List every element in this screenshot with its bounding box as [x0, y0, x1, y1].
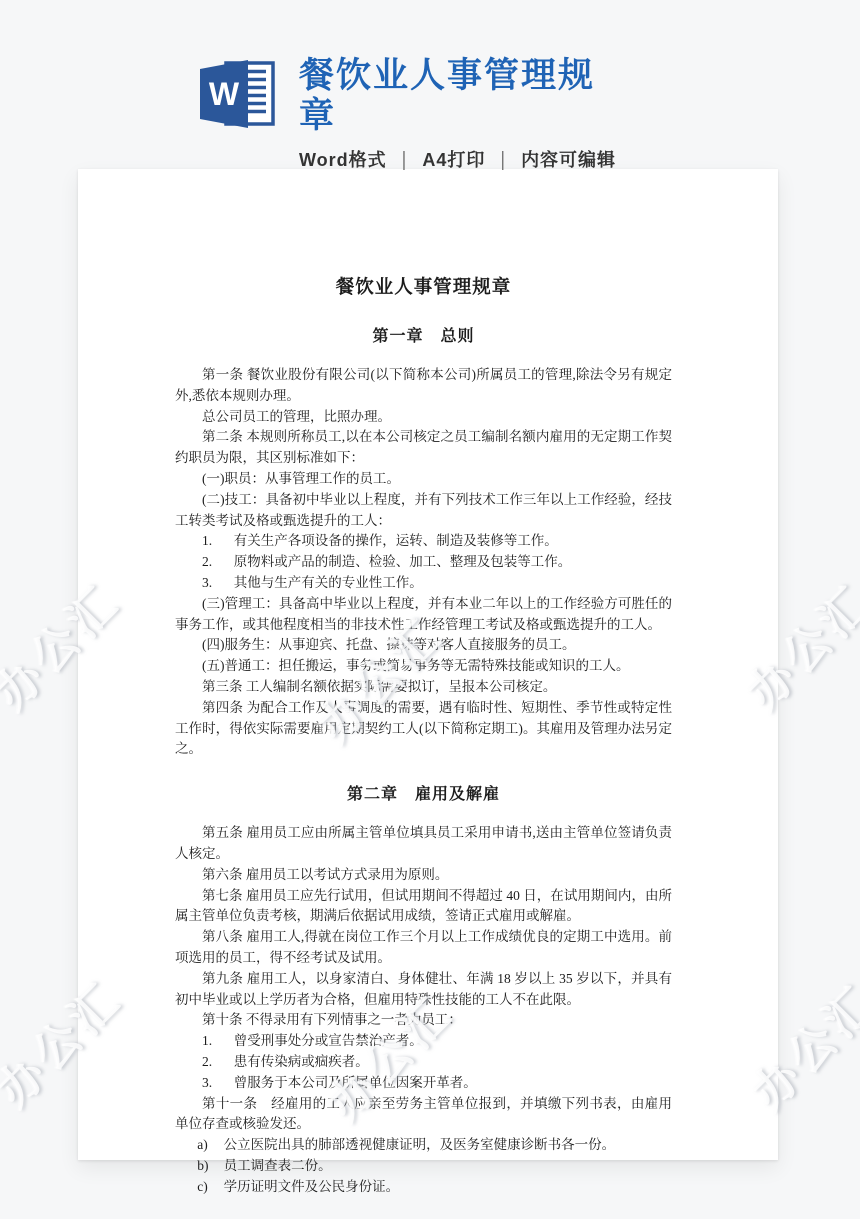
chapter-heading: 第二章 雇用及解雇 — [175, 781, 672, 804]
word-w-letter: W — [209, 76, 240, 112]
list-item-text: 患有传染病或痼疾者。 — [234, 1054, 369, 1069]
list-marker: 3. — [202, 1073, 234, 1094]
doc-paragraph: (一)职员：从事管理工作的员工。 — [175, 469, 672, 490]
document-page: 餐饮业人事管理规章 第一章 总则第一条 餐饮业股份有限公司(以下简称本公司)所属… — [78, 169, 778, 1160]
preview-header: W 餐饮业人事管理规章 Word格式 | A4打印 | 内容可编辑 — [193, 56, 623, 172]
list-item-text: 其他与生产有关的专业性工作。 — [234, 575, 423, 590]
document-content: 餐饮业人事管理规章 第一章 总则第一条 餐饮业股份有限公司(以下简称本公司)所属… — [175, 273, 672, 1197]
list-marker: 1. — [202, 1031, 234, 1052]
list-item-text: 公立医院出具的肺部透视健康证明，及医务室健康诊断书各一份。 — [224, 1137, 616, 1152]
doc-list-item: b)员工调查表二份。 — [175, 1156, 672, 1177]
list-marker: 2. — [202, 552, 234, 573]
doc-paragraph: 第十一条 经雇用的工人应亲至劳务主管单位报到，并填缴下列书表，由雇用单位存查或核… — [175, 1094, 672, 1136]
doc-list-item: 1.有关生产各项设备的操作，运转、制造及装修等工作。 — [175, 531, 672, 552]
list-item-text: 曾受刑事处分或宣告禁治产者。 — [234, 1033, 423, 1048]
doc-paragraph: 第四条 为配合工作及人事调度的需要，遇有临时性、短期性、季节性或特定性工作时，得… — [175, 698, 672, 760]
word-file-icon: W — [193, 56, 279, 132]
document-title: 餐饮业人事管理规章 — [175, 273, 672, 299]
list-item-text: 曾服务于本公司及所属单位因案开革者。 — [234, 1075, 477, 1090]
doc-list-item: c)学历证明文件及公民身份证。 — [175, 1177, 672, 1198]
doc-paragraph: 第三条 工人编制名额依据实际需要拟订，呈报本公司核定。 — [175, 677, 672, 698]
doc-list-item: 2.原物料或产品的制造、检验、加工、整理及包装等工作。 — [175, 552, 672, 573]
page-background: W 餐饮业人事管理规章 Word格式 | A4打印 | 内容可编辑 餐饮业人事管… — [0, 0, 860, 1219]
list-item-text: 学历证明文件及公民身份证。 — [224, 1179, 400, 1194]
doc-paragraph: 第二条 本规则所称员工,以在本公司核定之员工编制名额内雇用的无定期工作契约职员为… — [175, 427, 672, 469]
doc-paragraph: 第七条 雇用员工应先行试用，但试用期间不得超过 40 日，在试用期间内，由所属主… — [175, 886, 672, 928]
list-marker: 2. — [202, 1052, 234, 1073]
badge-editable: 内容可编辑 — [521, 146, 616, 172]
doc-paragraph: (五)普通工：担任搬运，事务或简易事务等无需特殊技能或知识的工人。 — [175, 656, 672, 677]
list-marker: b) — [197, 1156, 223, 1177]
doc-paragraph: (二)技工：具备初中毕业以上程度，并有下列技术工作三年以上工作经验，经技工转类考… — [175, 490, 672, 532]
list-marker: a) — [197, 1135, 223, 1156]
header-text: 餐饮业人事管理规章 Word格式 | A4打印 | 内容可编辑 — [299, 56, 623, 172]
doc-paragraph: 第六条 雇用员工以考试方式录用为原则。 — [175, 865, 672, 886]
doc-paragraph: (四)服务生：从事迎宾、托盘、擦抹等对客人直接服务的员工。 — [175, 635, 672, 656]
list-item-text: 员工调查表二份。 — [224, 1158, 332, 1173]
document-body: 第一章 总则第一条 餐饮业股份有限公司(以下简称本公司)所属员工的管理,除法令另… — [175, 323, 672, 1197]
doc-list-item: a)公立医院出具的肺部透视健康证明，及医务室健康诊断书各一份。 — [175, 1135, 672, 1156]
template-title: 餐饮业人事管理规章 — [299, 56, 623, 136]
doc-paragraph: 第五条 雇用员工应由所属主管单位填具员工采用申请书,送由主管单位签请负责人核定。 — [175, 823, 672, 865]
doc-paragraph: 总公司员工的管理，比照办理。 — [175, 407, 672, 428]
doc-paragraph: (三)管理工：具备高中毕业以上程度，并有本业二年以上的工作经验方可胜任的事务工作… — [175, 594, 672, 636]
doc-paragraph: 第一条 餐饮业股份有限公司(以下简称本公司)所属员工的管理,除法令另有规定外,悉… — [175, 365, 672, 407]
list-marker: 1. — [202, 531, 234, 552]
doc-paragraph: 第九条 雇用工人，以身家清白、身体健壮、年满 18 岁以上 35 岁以下，并具有… — [175, 969, 672, 1011]
doc-list-item: 1.曾受刑事处分或宣告禁治产者。 — [175, 1031, 672, 1052]
badge-a4-print: A4打印 — [422, 146, 485, 172]
chapter-heading: 第一章 总则 — [175, 323, 672, 346]
badge-separator: | — [402, 147, 408, 171]
badge-word-format: Word格式 — [299, 146, 387, 172]
list-item-text: 有关生产各项设备的操作，运转、制造及装修等工作。 — [234, 533, 558, 548]
doc-list-item: 2.患有传染病或痼疾者。 — [175, 1052, 672, 1073]
list-item-text: 原物料或产品的制造、检验、加工、整理及包装等工作。 — [234, 554, 572, 569]
list-marker: 3. — [202, 573, 234, 594]
format-badges: Word格式 | A4打印 | 内容可编辑 — [299, 146, 623, 172]
doc-list-item: 3.其他与生产有关的专业性工作。 — [175, 573, 672, 594]
doc-list-item: 3.曾服务于本公司及所属单位因案开革者。 — [175, 1073, 672, 1094]
list-marker: c) — [197, 1177, 223, 1198]
doc-paragraph: 第八条 雇用工人,得就在岗位工作三个月以上工作成绩优良的定期工中选用。前项选用的… — [175, 927, 672, 969]
badge-separator: | — [500, 147, 506, 171]
doc-paragraph: 第十条 不得录用有下列情事之一者为员工： — [175, 1010, 672, 1031]
